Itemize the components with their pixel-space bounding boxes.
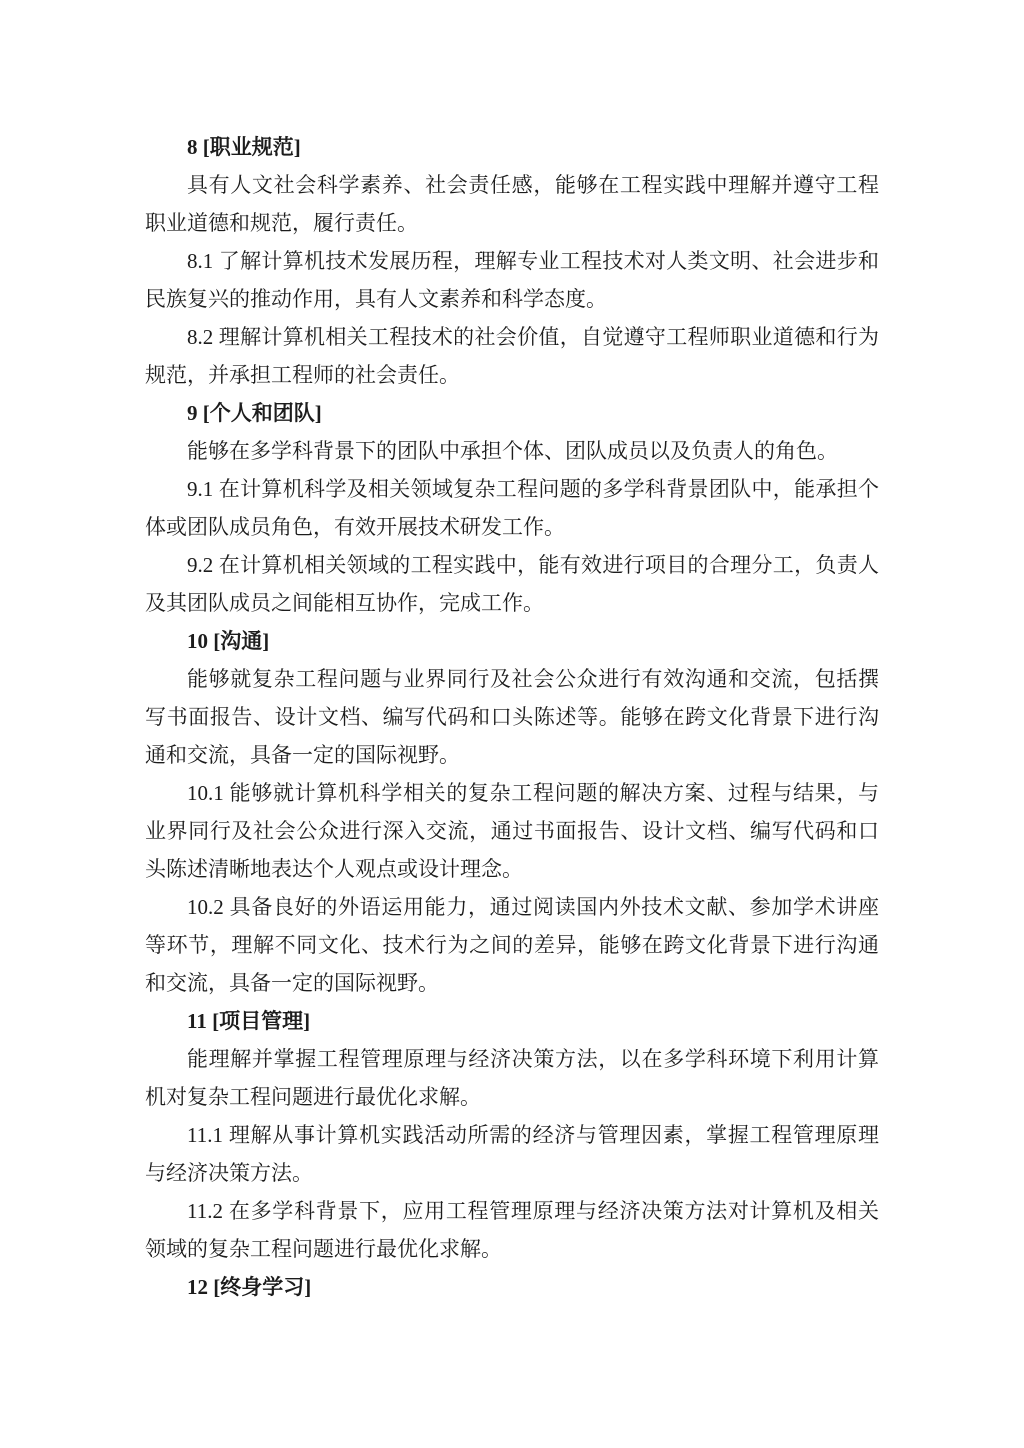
section-paragraph: 9.2 在计算机相关领域的工程实践中，能有效进行项目的合理分工，负责人及其团队成… bbox=[145, 546, 879, 622]
section-heading: 9 [个人和团队] bbox=[145, 394, 879, 432]
section-heading: 12 [终身学习] bbox=[145, 1268, 879, 1306]
section-paragraph: 9.1 在计算机科学及相关领域复杂工程问题的多学科背景团队中，能承担个体或团队成… bbox=[145, 470, 879, 546]
section-heading: 10 [沟通] bbox=[145, 622, 879, 660]
section-paragraph: 10.2 具备良好的外语运用能力，通过阅读国内外技术文献、参加学术讲座等环节，理… bbox=[145, 888, 879, 1002]
section-heading: 11 [项目管理] bbox=[145, 1002, 879, 1040]
section-heading: 8 [职业规范] bbox=[145, 128, 879, 166]
section-paragraph: 11.2 在多学科背景下，应用工程管理原理与经济决策方法对计算机及相关领域的复杂… bbox=[145, 1192, 879, 1268]
document-page: 8 [职业规范]具有人文社会科学素养、社会责任感，能够在工程实践中理解并遵守工程… bbox=[0, 0, 1024, 1448]
section-paragraph: 具有人文社会科学素养、社会责任感，能够在工程实践中理解并遵守工程职业道德和规范，… bbox=[145, 166, 879, 242]
section-paragraph: 8.1 了解计算机技术发展历程，理解专业工程技术对人类文明、社会进步和民族复兴的… bbox=[145, 242, 879, 318]
section-paragraph: 能理解并掌握工程管理原理与经济决策方法，以在多学科环境下利用计算机对复杂工程问题… bbox=[145, 1040, 879, 1116]
section-paragraph: 11.1 理解从事计算机实践活动所需的经济与管理因素，掌握工程管理原理与经济决策… bbox=[145, 1116, 879, 1192]
section-paragraph: 能够就复杂工程问题与业界同行及社会公众进行有效沟通和交流，包括撰写书面报告、设计… bbox=[145, 660, 879, 774]
document-content: 8 [职业规范]具有人文社会科学素养、社会责任感，能够在工程实践中理解并遵守工程… bbox=[145, 128, 879, 1306]
section-paragraph: 能够在多学科背景下的团队中承担个体、团队成员以及负责人的角色。 bbox=[145, 432, 879, 470]
section-paragraph: 10.1 能够就计算机科学相关的复杂工程问题的解决方案、过程与结果，与业界同行及… bbox=[145, 774, 879, 888]
section-paragraph: 8.2 理解计算机相关工程技术的社会价值，自觉遵守工程师职业道德和行为规范，并承… bbox=[145, 318, 879, 394]
